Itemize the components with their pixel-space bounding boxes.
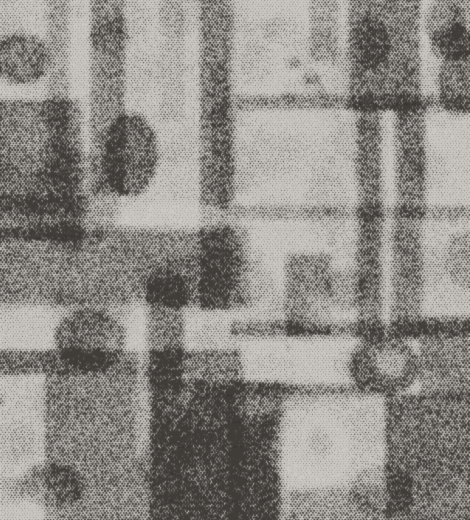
halftone-photograph xyxy=(0,0,470,520)
texture-photo-canvas xyxy=(0,0,470,520)
